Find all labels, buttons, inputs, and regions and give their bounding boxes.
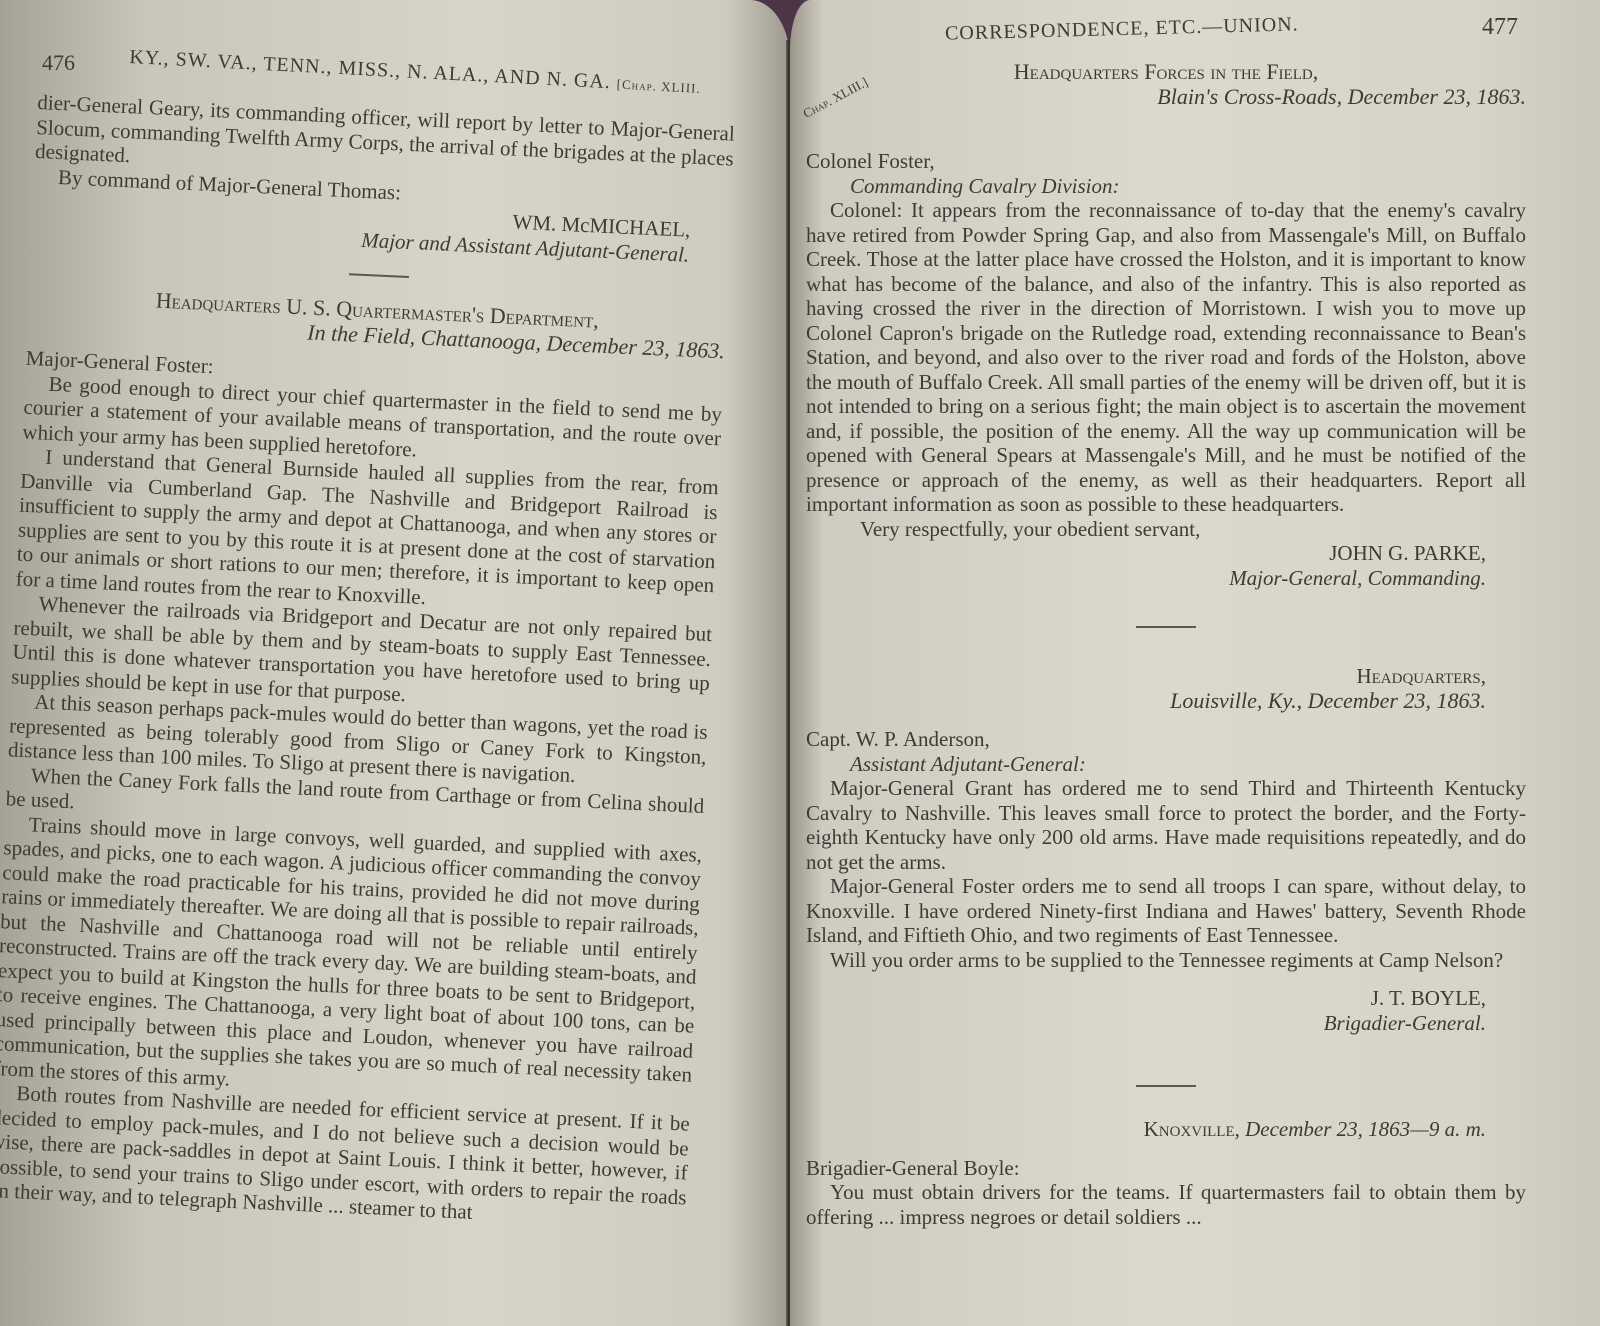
addressee-title: Commanding Cavalry Division: (806, 174, 1526, 199)
page-number: 477 (1482, 14, 1518, 41)
section-divider (1136, 1085, 1196, 1087)
running-head: CORRESPONDENCE, ETC.—UNION. (945, 13, 1299, 45)
letter-heading: Headquarters Forces in the Field, (806, 60, 1526, 85)
letter-dateline: Knoxville, December 23, 1863—9 a. m. (806, 1117, 1526, 1142)
addressee: Colonel Foster, (806, 149, 1526, 174)
letter-heading: Headquarters, (806, 664, 1526, 689)
letter-dateline: Louisville, Ky., December 23, 1863. (806, 689, 1526, 714)
addressee: Capt. W. P. Anderson, (806, 727, 1526, 752)
running-head: KY., SW. VA., TENN., MISS., N. ALA., AND… (129, 46, 702, 99)
paragraph: Major-General Foster orders me to send a… (806, 874, 1526, 948)
addressee-title: Assistant Adjutant-General: (806, 752, 1526, 777)
page-number: 476 (42, 50, 75, 76)
left-column: dier-General Geary, its commanding offic… (0, 90, 735, 1234)
letter-dateline: Blain's Cross-Roads, December 23, 1863. (806, 85, 1526, 110)
paragraph: Major-General Grant has ordered me to se… (806, 776, 1526, 874)
chapter-tag: [Chap. XLIII. (616, 77, 701, 96)
section-divider (349, 273, 409, 278)
section-divider (1136, 626, 1196, 628)
right-page: Chap. XLIII.] CORRESPONDENCE, ETC.—UNION… (790, 0, 1600, 1326)
signature-title: Brigadier-General. (806, 1011, 1526, 1036)
paragraph: You must obtain drivers for the teams. I… (806, 1180, 1526, 1229)
dateline-place: Knoxville, (1144, 1117, 1240, 1141)
signature-name: J. T. BOYLE, (806, 986, 1526, 1011)
left-page: 476 KY., SW. VA., TENN., MISS., N. ALA.,… (0, 0, 790, 1326)
dateline-date: December 23, 1863—9 a. m. (1245, 1117, 1486, 1141)
paragraph: Colonel: It appears from the reconnaissa… (806, 198, 1526, 517)
running-head-text: KY., SW. VA., TENN., MISS., N. ALA., AND… (129, 46, 612, 93)
right-column: Headquarters Forces in the Field, Blain'… (806, 60, 1526, 1229)
signature-name: JOHN G. PARKE, (806, 541, 1526, 566)
closing: Very respectfully, your obedient servant… (806, 517, 1526, 542)
paragraph: Will you order arms to be supplied to th… (806, 948, 1526, 973)
addressee: Brigadier-General Boyle: (806, 1156, 1526, 1181)
paragraph: Trains should move in large convoys, wel… (0, 811, 703, 1112)
signature-title: Major-General, Commanding. (806, 566, 1526, 591)
